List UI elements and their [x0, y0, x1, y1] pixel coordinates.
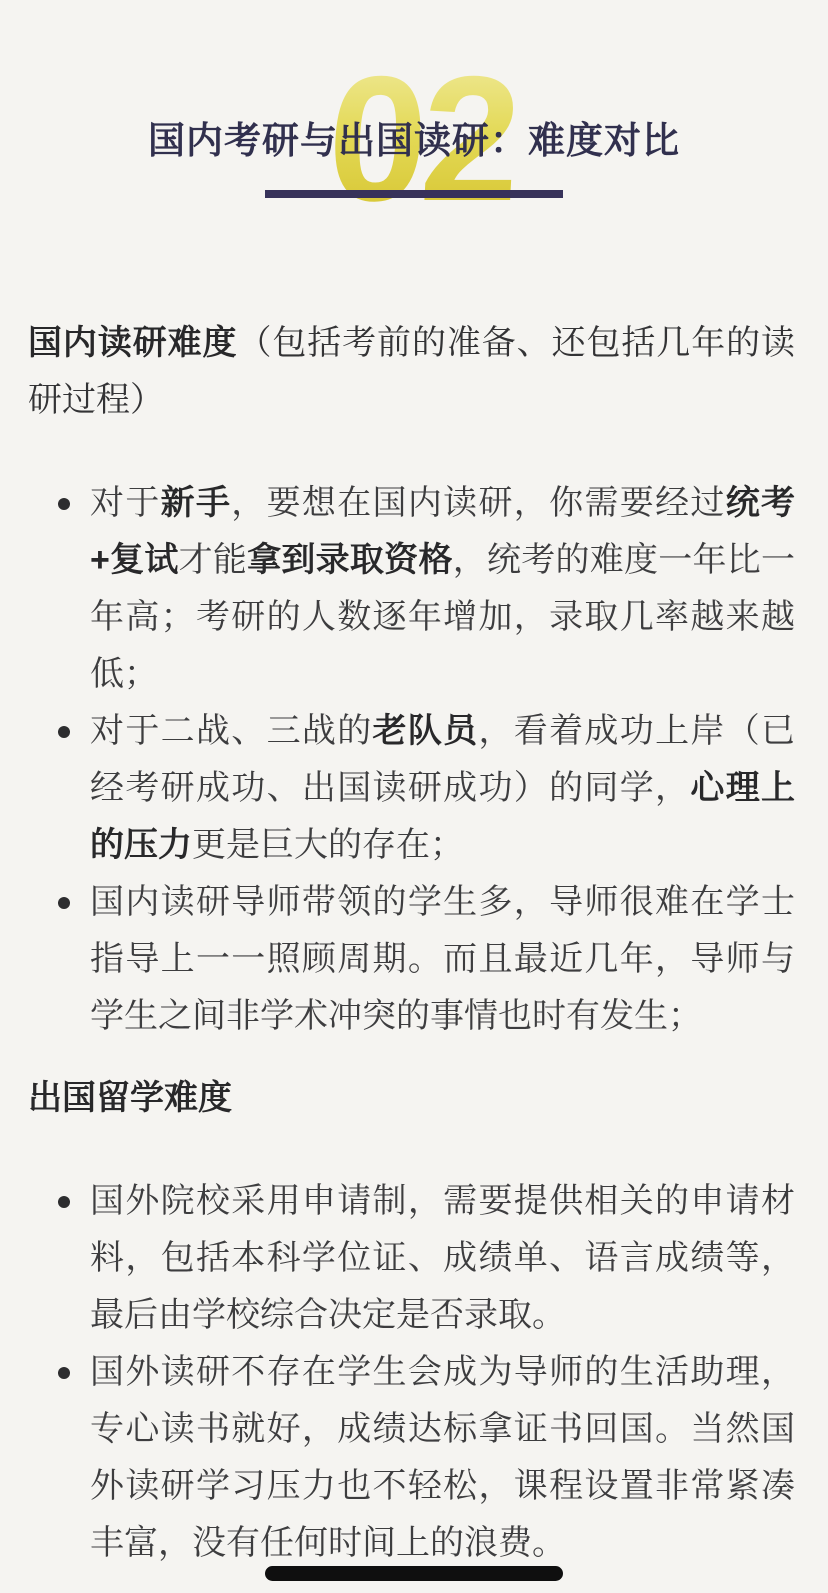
emphasis-text: 国内读研难度	[28, 324, 237, 362]
body-text: 国外院校采用申请制，需要提供相关的申请材料，包括本科学位证、成绩单、语言成绩等，…	[90, 1182, 795, 1334]
article-header: 02 国内考研与出国读研：难度对比	[0, 0, 828, 240]
bullet-icon	[58, 726, 70, 738]
bullet-text: 国内读研导师带领的学生多，导师很难在学士指导上一一照顾周期。而且最近几年，导师与…	[90, 874, 795, 1045]
body-text: ，要想在国内读研，你需要经过	[231, 484, 725, 522]
article-section: 国内读研难度（包括考前的准备、还包括几年的读研过程）对于新手，要想在国内读研，你…	[28, 315, 795, 1045]
emphasis-text: 新手	[161, 484, 232, 522]
title-underline-bar	[265, 190, 563, 198]
section-heading: 国内读研难度（包括考前的准备、还包括几年的读研过程）	[28, 315, 795, 429]
bullet-text: 对于二战、三战的老队员，看着成功上岸（已经考研成功、出国读研成功）的同学，心理上…	[90, 703, 795, 874]
list-item: 国外院校采用申请制，需要提供相关的申请材料，包括本科学位证、成绩单、语言成绩等，…	[28, 1173, 795, 1344]
bullet-list: 国外院校采用申请制，需要提供相关的申请材料，包括本科学位证、成绩单、语言成绩等，…	[28, 1173, 795, 1572]
bullet-icon	[58, 498, 70, 510]
emphasis-text: 出国留学难度	[28, 1079, 232, 1117]
article-content: 国内读研难度（包括考前的准备、还包括几年的读研过程）对于新手，要想在国内读研，你…	[0, 315, 828, 1572]
body-text: 国内读研导师带领的学生多，导师很难在学士指导上一一照顾周期。而且最近几年，导师与…	[90, 883, 795, 1035]
emphasis-text: 老队员	[373, 712, 479, 750]
body-text: 对于	[90, 484, 161, 522]
body-text: 更是巨大的存在；	[192, 826, 464, 864]
body-text: 国外读研不存在学生会成为导师的生活助理，专心读书就好，成绩达标拿证书回国。当然国…	[90, 1353, 795, 1562]
article-page: { "page": { "background_color": "#f5f4f1…	[0, 0, 828, 1593]
page-title: 国内考研与出国读研：难度对比	[0, 120, 828, 162]
bullet-text: 国外读研不存在学生会成为导师的生活助理，专心读书就好，成绩达标拿证书回国。当然国…	[90, 1344, 795, 1572]
sections-container: 国内读研难度（包括考前的准备、还包括几年的读研过程）对于新手，要想在国内读研，你…	[28, 315, 795, 1572]
emphasis-text: 拿到录取资格	[247, 541, 453, 579]
list-item: 对于二战、三战的老队员，看着成功上岸（已经考研成功、出国读研成功）的同学，心理上…	[28, 703, 795, 874]
bullet-icon	[58, 897, 70, 909]
bullet-list: 对于新手，要想在国内读研，你需要经过统考+复试才能拿到录取资格，统考的难度一年比…	[28, 475, 795, 1045]
section-heading: 出国留学难度	[28, 1070, 795, 1127]
list-item: 国内读研导师带领的学生多，导师很难在学士指导上一一照顾周期。而且最近几年，导师与…	[28, 874, 795, 1045]
bullet-icon	[58, 1196, 70, 1208]
article-section: 出国留学难度国外院校采用申请制，需要提供相关的申请材料，包括本科学位证、成绩单、…	[28, 1070, 795, 1572]
list-item: 国外读研不存在学生会成为导师的生活助理，专心读书就好，成绩达标拿证书回国。当然国…	[28, 1344, 795, 1572]
bullet-icon	[58, 1367, 70, 1379]
body-text: 才能	[179, 541, 248, 579]
bottom-divider-bar	[265, 1566, 563, 1581]
list-item: 对于新手，要想在国内读研，你需要经过统考+复试才能拿到录取资格，统考的难度一年比…	[28, 475, 795, 703]
bullet-text: 对于新手，要想在国内读研，你需要经过统考+复试才能拿到录取资格，统考的难度一年比…	[90, 475, 795, 703]
bullet-text: 国外院校采用申请制，需要提供相关的申请材料，包括本科学位证、成绩单、语言成绩等，…	[90, 1173, 795, 1344]
body-text: 对于二战、三战的	[90, 712, 373, 750]
